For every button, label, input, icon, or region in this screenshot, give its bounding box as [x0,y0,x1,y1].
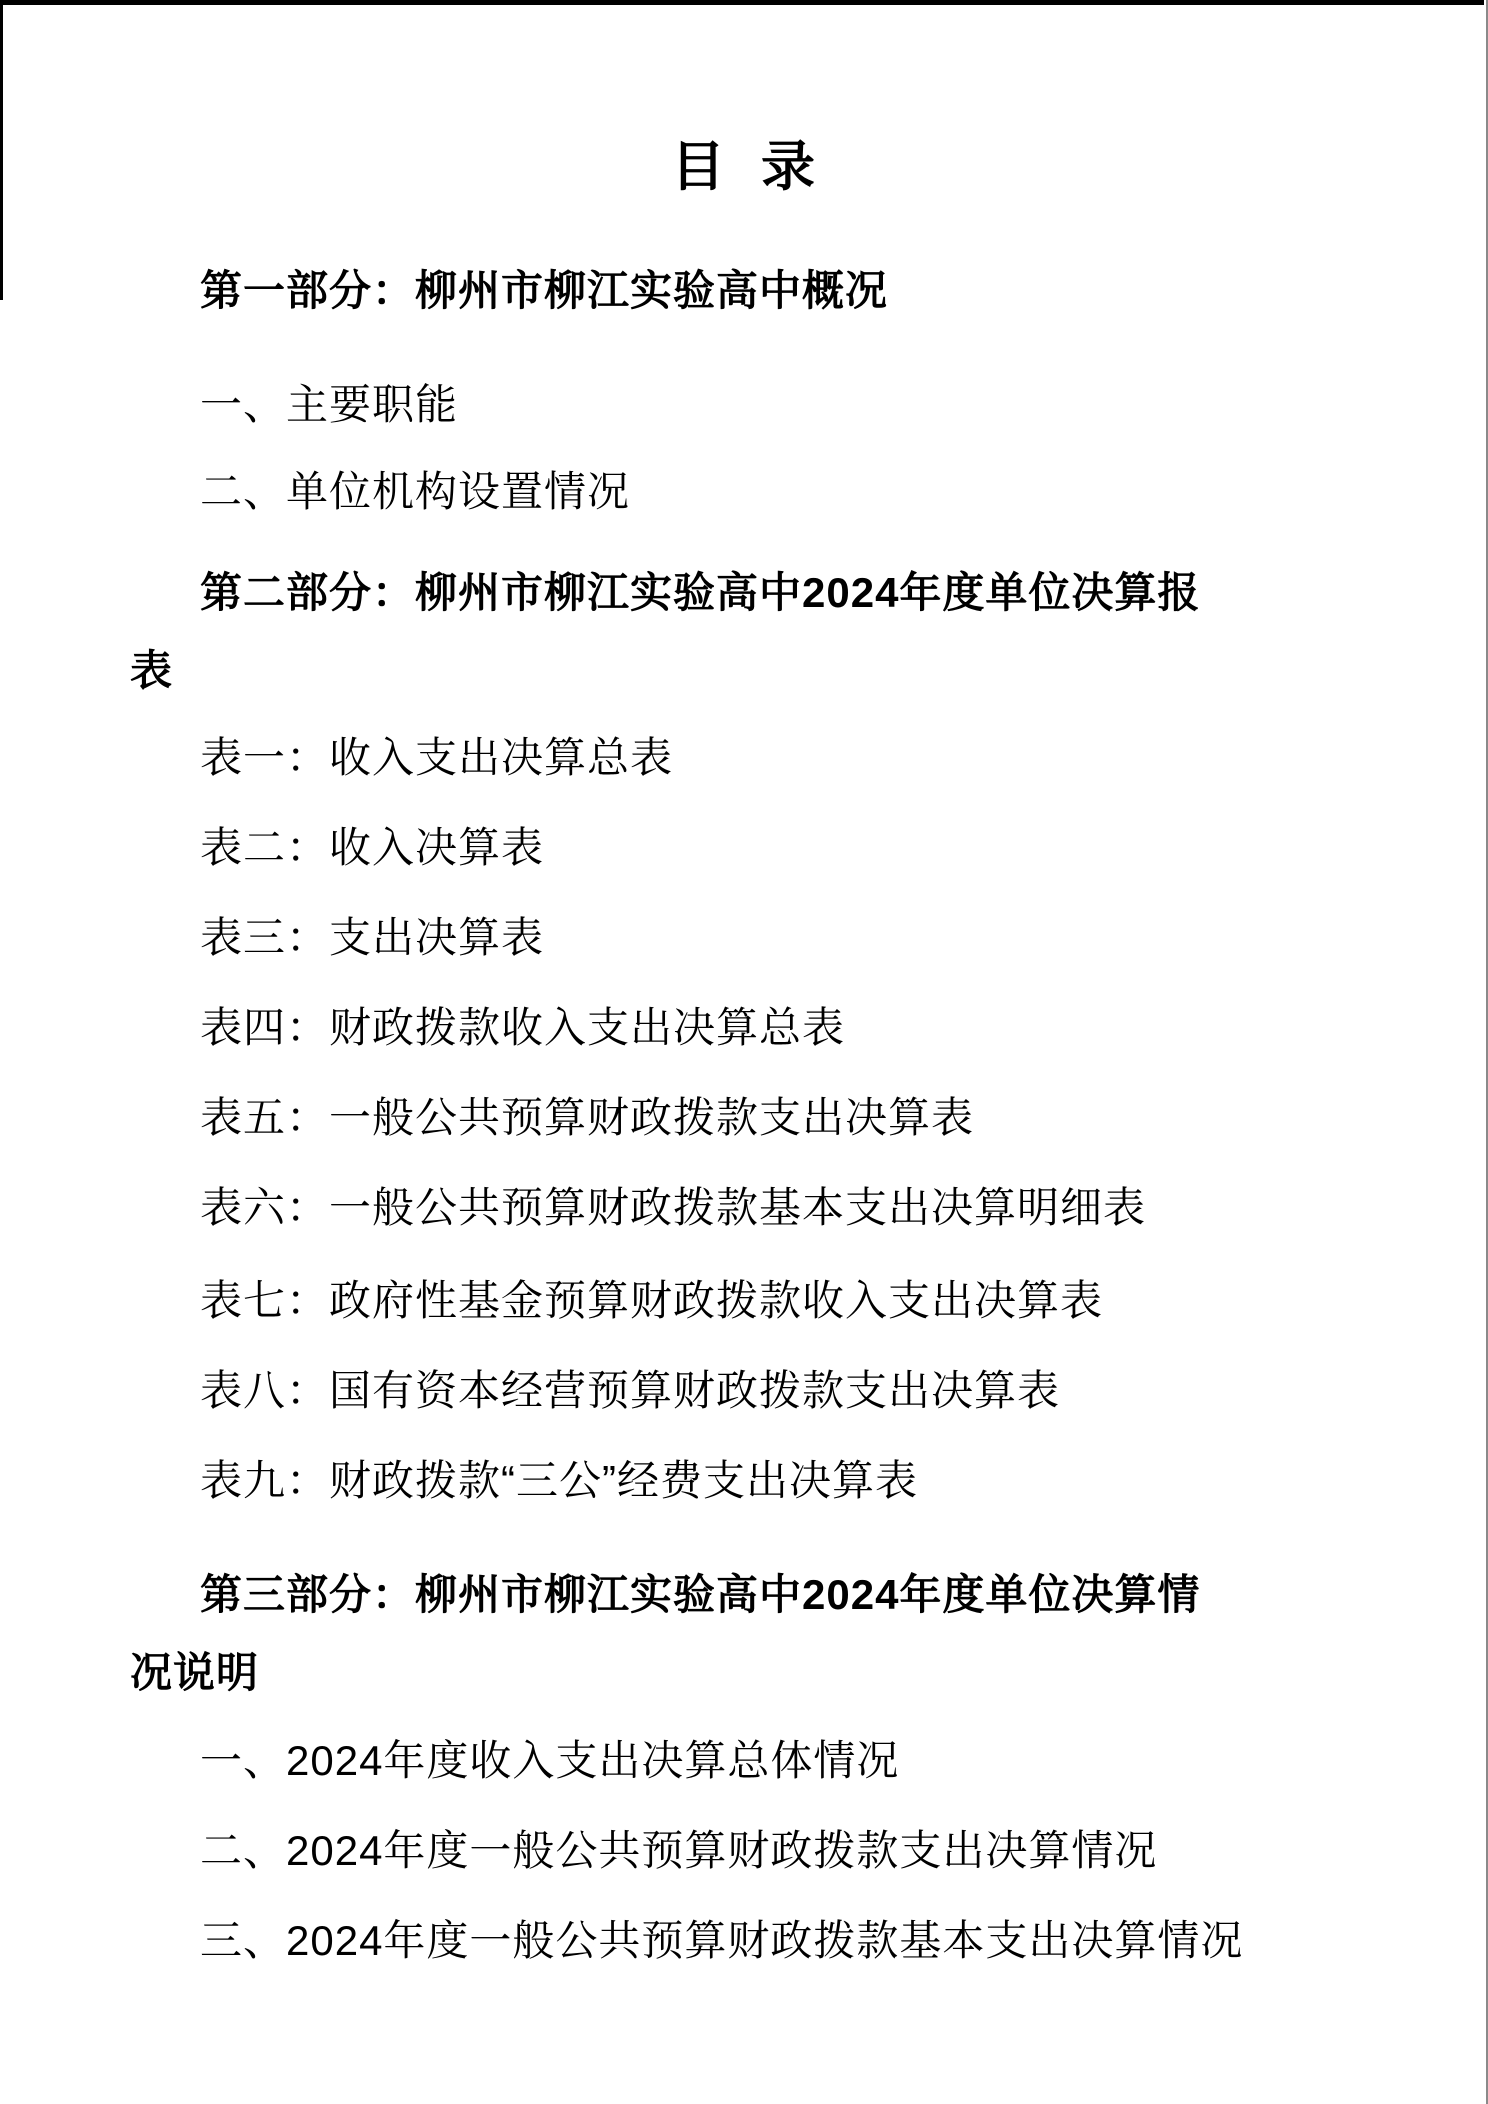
part2-item-1: 表一：收入支出决算总表 [200,733,673,783]
part2-heading-line2: 表 [130,646,173,696]
part3-item-2: 二、2024年度一般公共预算财政拨款支出决算情况 [200,1826,1157,1876]
page-top-border [0,0,1484,5]
page-title: 目 录 [0,136,1488,198]
part2-item-4: 表四：财政拨款收入支出决算总表 [200,1003,845,1053]
part3-heading-line1: 第三部分：柳州市柳江实验高中2024年度单位决算情 [200,1570,1200,1620]
part2-item-9: 表九：财政拨款“三公”经费支出决算表 [200,1456,918,1506]
document-page: 目 录 第一部分：柳州市柳江实验高中概况 一、主要职能 二、单位机构设置情况 第… [0,0,1488,2104]
part2-item-8: 表八：国有资本经营预算财政拨款支出决算表 [200,1366,1060,1416]
part3-item-1: 一、2024年度收入支出决算总体情况 [200,1736,899,1786]
part1-heading: 第一部分：柳州市柳江实验高中概况 [200,266,888,316]
part2-item-6: 表六：一般公共预算财政拨款基本支出决算明细表 [200,1183,1146,1233]
part2-item-5: 表五：一般公共预算财政拨款支出决算表 [200,1093,974,1143]
part2-item-7: 表七：政府性基金预算财政拨款收入支出决算表 [200,1276,1103,1326]
part1-item-2: 二、单位机构设置情况 [200,467,630,517]
part3-item-3: 三、2024年度一般公共预算财政拨款基本支出决算情况 [200,1916,1243,1966]
part2-heading-line1: 第二部分：柳州市柳江实验高中2024年度单位决算报 [200,568,1200,618]
part2-item-3: 表三：支出决算表 [200,913,544,963]
part3-heading-line2: 况说明 [130,1648,259,1698]
part2-item-2: 表二：收入决算表 [200,823,544,873]
part1-item-1: 一、主要职能 [200,380,458,430]
